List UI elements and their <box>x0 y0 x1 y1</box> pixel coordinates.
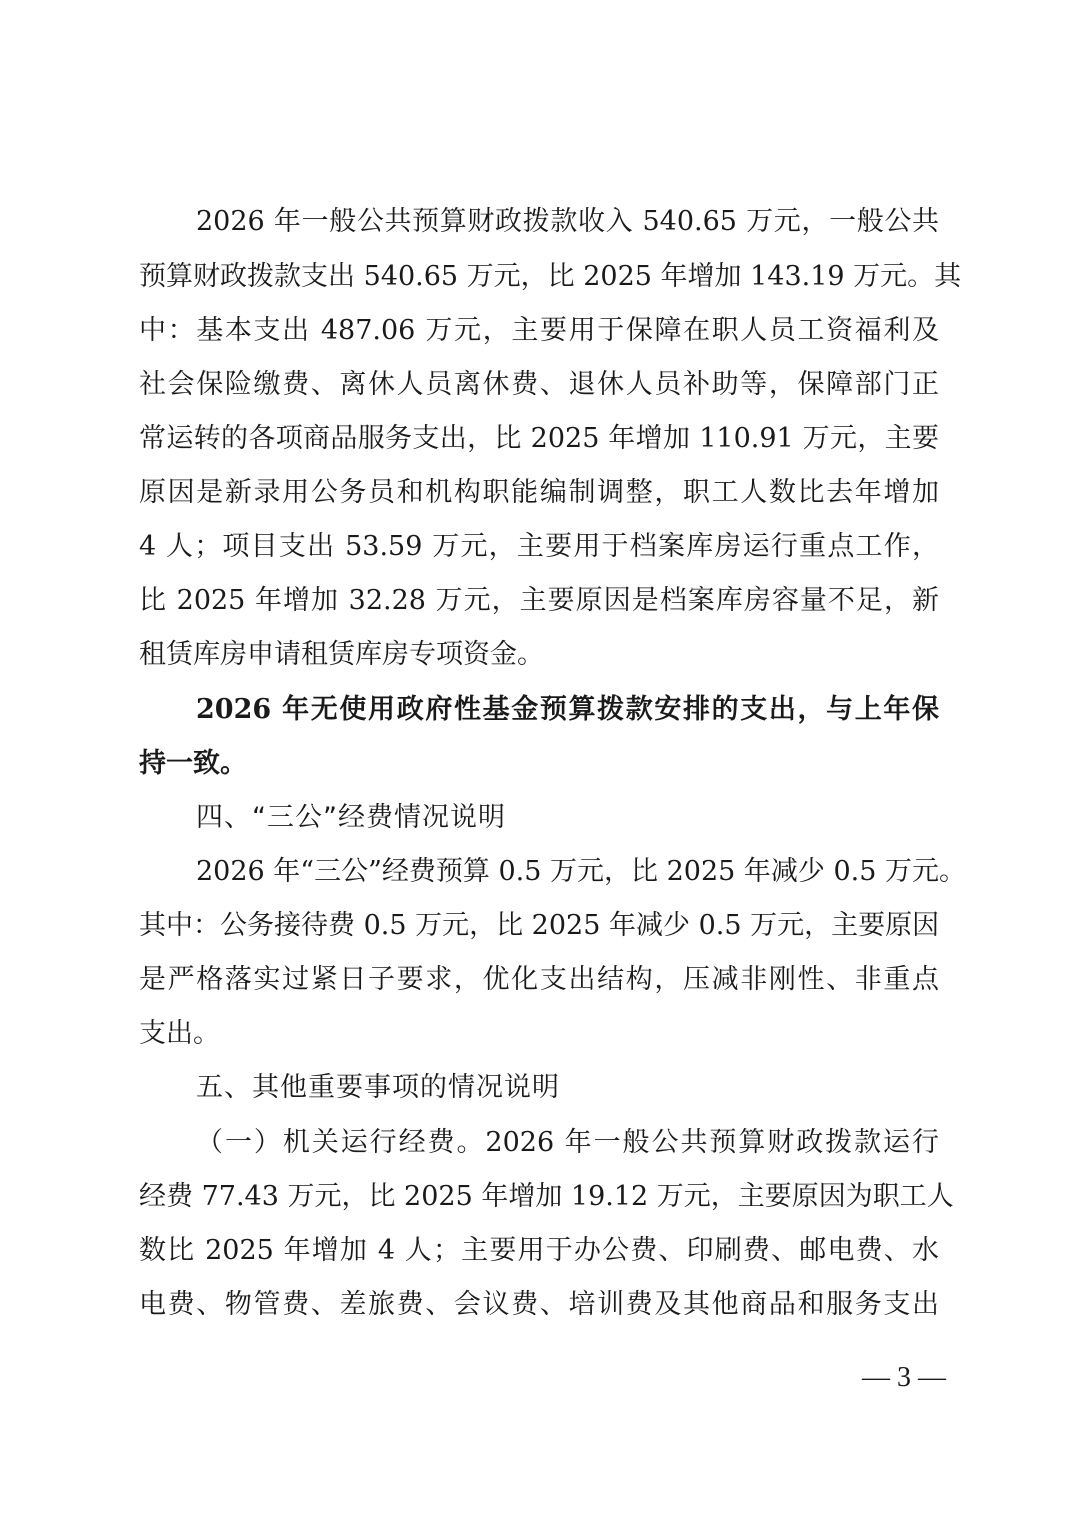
paragraph-line: 2026 年“三公”经费预算 0.5 万元，比 2025 年减少 0.5 万元。 <box>196 854 939 890</box>
paragraph-line: 中：基本支出 487.06 万元，主要用于保障在职人员工资福利及 <box>139 313 939 349</box>
section-heading-5: 五、其他重要事项的情况说明 <box>196 1070 939 1106</box>
paragraph-line: 租赁库房申请租赁库房专项资金。 <box>139 637 939 673</box>
paragraph-line: 数比 2025 年增加 4 人；主要用于办公费、印刷费、邮电费、水 <box>139 1233 939 1269</box>
paragraph-line: （一）机关运行经费。2026 年一般公共预算财政拨款运行 <box>196 1125 939 1161</box>
paragraph-line-bold: 2026 年无使用政府性基金预算拨款安排的支出，与上年保 <box>196 692 939 728</box>
paragraph-line: 原因是新录用公务员和机构职能编制调整，职工人数比去年增加 <box>139 475 939 511</box>
page-number: — 3 — <box>862 1362 946 1394</box>
paragraph-line: 2026 年一般公共预算财政拨款收入 540.65 万元，一般公共 <box>196 204 939 240</box>
paragraph-line: 经费 77.43 万元，比 2025 年增加 19.12 万元，主要原因为职工人 <box>139 1179 939 1215</box>
paragraph-line: 4 人；项目支出 53.59 万元，主要用于档案库房运行重点工作， <box>139 529 939 565</box>
paragraph-line-bold: 持一致。 <box>139 746 939 782</box>
paragraph-line: 是严格落实过紧日子要求，优化支出结构，压减非刚性、非重点 <box>139 962 939 998</box>
document-page: 2026 年一般公共预算财政拨款收入 540.65 万元，一般公共 预算财政拨款… <box>0 0 1074 1520</box>
paragraph-line: 支出。 <box>139 1016 939 1052</box>
paragraph-line: 电费、物管费、差旅费、会议费、培训费及其他商品和服务支出 <box>139 1287 939 1323</box>
paragraph-line: 比 2025 年增加 32.28 万元，主要原因是档案库房容量不足，新 <box>139 583 939 619</box>
section-heading-4: 四、“三公”经费情况说明 <box>196 800 939 836</box>
paragraph-line: 其中：公务接待费 0.5 万元，比 2025 年减少 0.5 万元，主要原因 <box>139 908 939 944</box>
paragraph-line: 社会保险缴费、离休人员离休费、退休人员补助等，保障部门正 <box>139 367 939 403</box>
paragraph-line: 预算财政拨款支出 540.65 万元，比 2025 年增加 143.19 万元。… <box>139 259 939 295</box>
paragraph-line: 常运转的各项商品服务支出，比 2025 年增加 110.91 万元，主要 <box>139 421 939 457</box>
